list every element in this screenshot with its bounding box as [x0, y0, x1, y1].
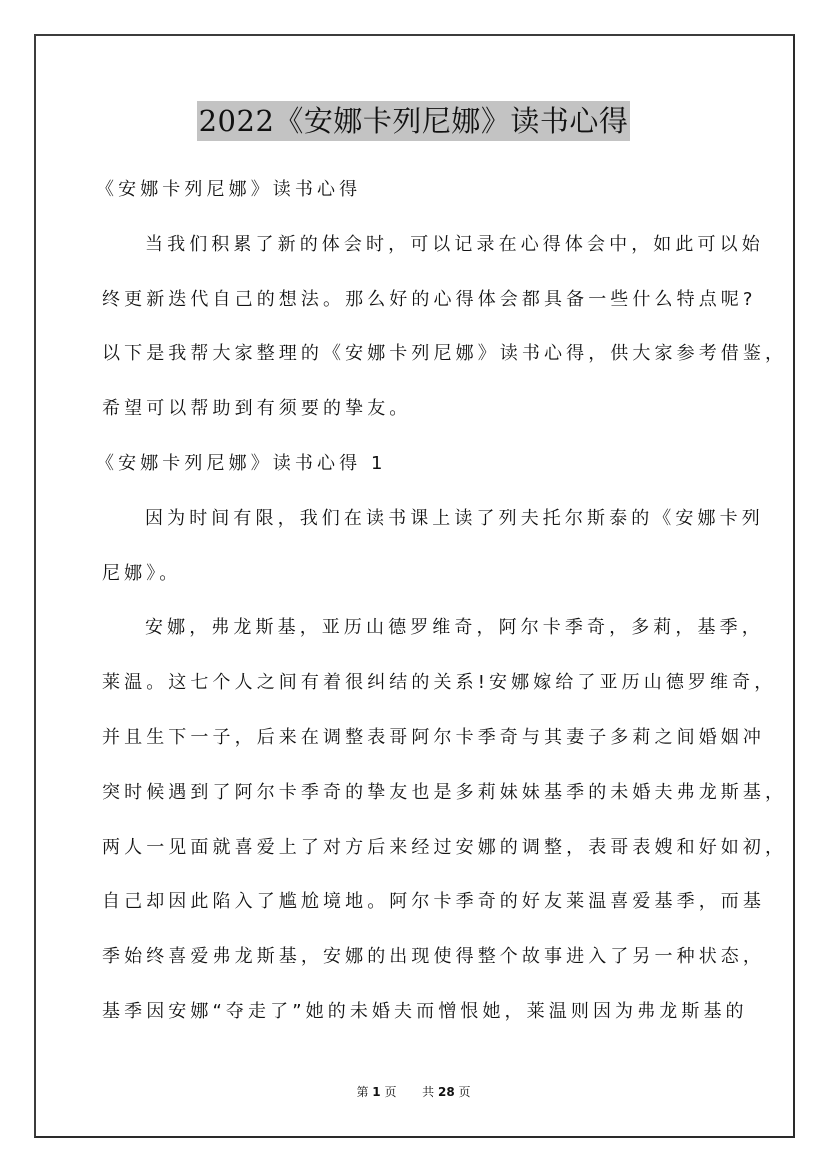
paragraph-line: 莱温。这七个人之间有着很纠结的关系!安娜嫁给了亚历山德罗维奇， — [102, 668, 742, 723]
total-pages-number: 28 — [438, 1085, 455, 1099]
page-footer: 第 1 页 共 28 页 — [0, 1083, 827, 1100]
paragraph-line: 以下是我帮大家整理的《安娜卡列尼娜》读书心得，供大家参考借鉴， — [102, 339, 742, 394]
paragraph-line: 季始终喜爱弗龙斯基，安娜的出现使得整个故事进入了另一种状态， — [102, 942, 742, 997]
paragraph-line: 安娜，弗龙斯基，亚历山德罗维奇，阿尔卡季奇，多莉，基季， — [102, 613, 742, 668]
total-prefix: 共 — [422, 1085, 434, 1099]
page-suffix: 页 — [384, 1085, 396, 1099]
section-heading: 《安娜卡列尼娜》读书心得 — [96, 175, 742, 230]
paragraph-line: 希望可以帮助到有须要的挚友。 — [102, 394, 742, 449]
title-container: 2022《安娜卡列尼娜》读书心得 — [0, 101, 827, 141]
page-prefix: 第 — [356, 1085, 368, 1099]
total-suffix: 页 — [459, 1085, 471, 1099]
paragraph-line: 因为时间有限，我们在读书课上读了列夫托尔斯泰的《安娜卡列 — [102, 504, 742, 559]
paragraph-line: 自己却因此陷入了尴尬境地。阿尔卡季奇的好友莱温喜爱基季，而基 — [102, 887, 742, 942]
section-heading: 《安娜卡列尼娜》读书心得 1 — [96, 449, 742, 504]
document-title: 2022《安娜卡列尼娜》读书心得 — [197, 101, 631, 141]
document-body: 《安娜卡列尼娜》读书心得 当我们积累了新的体会时，可以记录在心得体会中，如此可以… — [102, 175, 742, 1052]
paragraph-line: 突时候遇到了阿尔卡季奇的挚友也是多莉妹妹基季的未婚夫弗龙斯基， — [102, 778, 742, 833]
paragraph-line: 基季因安娜“夺走了”她的未婚夫而憎恨她，莱温则因为弗龙斯基的 — [102, 997, 742, 1052]
paragraph-line: 两人一见面就喜爱上了对方后来经过安娜的调整，表哥表嫂和好如初， — [102, 833, 742, 888]
paragraph-line: 终更新迭代自己的想法。那么好的心得体会都具备一些什么特点呢? — [102, 285, 742, 340]
paragraph-line: 当我们积累了新的体会时，可以记录在心得体会中，如此可以始 — [102, 230, 742, 285]
paragraph-line: 尼娜》。 — [102, 559, 742, 614]
current-page-number: 1 — [372, 1085, 380, 1099]
paragraph-line: 并且生下一子，后来在调整表哥阿尔卡季奇与其妻子多莉之间婚姻冲 — [102, 723, 742, 778]
